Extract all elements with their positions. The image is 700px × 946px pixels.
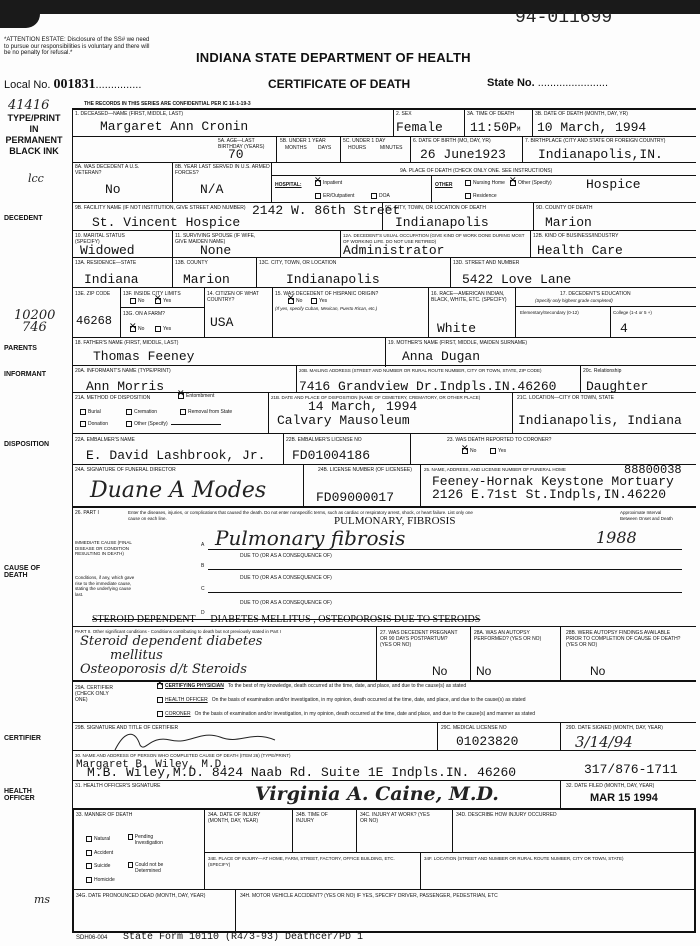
form-code: SDH06-004 [76,935,107,941]
local-no-label: Local No. [4,79,50,91]
divider [437,722,438,750]
coroner-no[interactable]: No [462,448,476,454]
row-rule [72,626,696,627]
disposition-date: 14 March, 1994 [308,400,417,414]
line-c [208,592,600,593]
entombment-option[interactable]: Entombment [178,393,214,399]
er-outpatient-label: ER/Outpatient [323,193,354,199]
divider [268,392,269,433]
education-note: (Specify only highest grade completed) [535,298,613,304]
divider [560,780,561,808]
type-print-text: TYPE/PRINT [2,113,66,124]
divider [532,110,533,136]
street-label: 13d. STREET AND NUMBER [453,260,519,266]
marital-status: Widowed [80,244,135,258]
divider [303,464,304,506]
divider [420,852,421,889]
autopsy-value: No [476,664,491,678]
embalmer-label: 22a. EMBALMER'S NAME [75,437,135,443]
form-name: State Form 10110 (R4/3-93) Deathcer/PD 1 [123,932,363,943]
checkbox-coroner-yes[interactable] [490,448,496,454]
zip-label: 13e. ZIP CODE [75,291,110,297]
homicide-label: Homicide [94,877,115,883]
pregnant-label: 27. WAS DECEDENT PREGNANT OR 90 DAYS POS… [380,630,460,648]
completer-phone: 317/876-1711 [584,763,678,777]
row-rule [515,306,696,307]
facility-label: 9b. FACILITY NAME (If not institution, g… [75,205,246,211]
row-rule [72,136,696,137]
checkbox-undetermined[interactable] [128,862,133,868]
certifier-label: 29a. CERTIFIER (Check only one) [75,685,115,703]
health-officer-sig-label: 31. HEALTH OFFICER'S SIGNATURE [75,783,161,789]
farm-label: 13g. ON A FARM? [123,311,165,317]
decedent-name: Margaret Ann Cronin [100,120,248,134]
other-label: OTHER [435,182,453,188]
place-other-value: Hospice [586,178,641,192]
divider [340,230,341,257]
checkbox-pending[interactable] [128,834,133,840]
divider [172,257,173,287]
hispanic-note: (If yes, specify Cuban, Mexican, Puerto … [275,306,425,312]
inpatient-label: Inpatient [323,180,342,186]
date-of-birth: 26 June1923 [420,148,506,162]
checkbox-other[interactable] [510,180,516,186]
row-rule [271,175,696,176]
divider [296,365,297,392]
due-to-c: DUE TO (OR AS A CONSEQUENCE OF) [240,600,332,606]
other-specify-label: Other (Specify) [518,180,552,186]
divider [410,433,411,464]
divider [560,626,561,680]
under-year-label: 5b. UNDER 1 YEAR [280,138,326,144]
year-served-value: N/A [200,183,223,197]
occupation-value: Administrator [343,244,444,258]
interval-label: Approximate Interval Between Onset and D… [620,510,680,521]
row-rule [72,337,696,338]
checkbox-hispanic-no[interactable] [288,298,294,304]
coroner-text: On the basis of examination and/or inves… [195,711,536,717]
undetermined-label: Could not be Determined [135,862,176,874]
embalmer-license: FD01004186 [292,449,370,463]
section-decedent: DECEDENT [4,215,43,222]
local-no-value: 001831 [54,77,96,92]
citizen-value: USA [210,316,233,330]
row-rule [72,162,696,163]
farm-yes[interactable]: Yes [155,326,171,332]
doa-label: DOA [379,193,390,199]
manner-accident[interactable]: Accident [86,850,113,856]
accident-label: Accident [94,850,113,856]
yes-label: Yes [319,298,327,304]
under-day-label: 5c. UNDER 1 DAY [343,138,385,144]
yes-label: Yes [498,448,506,454]
nursing-home-label: Nursing Home [473,180,505,186]
death-city: Indianapolis [395,216,489,230]
checkbox-suicide[interactable] [86,863,92,869]
checkbox-entombment[interactable] [178,393,184,399]
checkbox-er-outpatient[interactable] [315,193,321,199]
divider [292,808,293,852]
row-rule [120,307,204,308]
manner-undetermined[interactable]: Could not be Determined [128,862,176,874]
divider [204,287,205,337]
checkbox-cremation[interactable] [126,409,132,415]
manner-homicide[interactable]: Homicide [86,877,115,883]
checkbox-farm-yes[interactable] [155,326,161,332]
months-label: Months [285,145,307,151]
other-disposition-option[interactable]: Other (Specify) [126,421,221,427]
checkbox-coroner[interactable] [157,711,163,717]
donation-option[interactable]: Donation [80,421,108,427]
sex-value: Female [396,121,443,135]
health-officer-text: On the basis of examination and/or inves… [212,697,526,703]
interval-line-b [592,569,682,570]
pending-label: Pending Investigation [135,834,168,846]
checkbox-doa[interactable] [371,193,377,199]
checkbox-other-disposition[interactable] [126,421,132,427]
checkbox-city-limits-yes[interactable] [155,298,161,304]
age-label: 5a. AGE—Last Birthday (Years) [218,138,276,150]
dob-label: 6. DATE OF BIRTH (Mo, Day, Yr) [413,138,491,144]
coroner-option[interactable]: CORONEROn the basis of examination and/o… [157,711,535,717]
checkbox-accident[interactable] [86,850,92,856]
disposition-location: Indianapolis, Indiana [518,414,682,428]
farm-no[interactable]: No [130,326,144,332]
black-ink-text: BLACK INK [2,146,66,157]
fd-license: FD09000017 [316,491,394,505]
residence-label: Residence [473,193,497,199]
row-rule [72,287,696,288]
divider [272,287,273,337]
other-blank [171,424,221,425]
row-rule [204,852,696,853]
business-label: 12b. KIND OF BUSINESS/INDUSTRY [533,233,618,239]
section-cause-of-death: CAUSE OF DEATH [4,565,44,579]
no-label: No [470,448,476,454]
ink-instructions: TYPE/PRINT IN PERMANENT BLACK INK [2,113,66,157]
spouse-value: None [200,244,231,258]
interval-line-c [592,592,682,593]
row-rule [72,780,696,781]
res-city-label: 13c. CITY, TOWN, OR LOCATION [259,260,336,266]
divider [204,808,205,889]
time-text: 11:50P [470,120,517,135]
divider [464,110,465,136]
injury-time-label: 34b. TIME OF INJURY [296,812,336,824]
year-served-label: 8b. YEAR LAST SERVED IN U.S. ARMED FORCE… [175,164,275,176]
manner-label: 33. MANNER OF DEATH [76,812,132,818]
divider [410,136,411,162]
manner-natural[interactable]: Natural [86,836,110,842]
line-b-letter: b [201,563,204,569]
days-label: Days [318,145,331,151]
local-no: Local No. 001831............... [4,77,141,93]
disposition-location-label: 21c. LOCATION—City or Town, State [517,395,614,401]
veteran-value: No [105,183,121,197]
medical-license: 01023820 [456,735,518,749]
handwritten-cause-a: Pulmonary fibrosis [215,526,405,550]
funeral-home-label: 25. NAME, ADDRESS, AND LICENSE NUMBER OF… [424,467,566,473]
code-2: 746 [14,322,55,334]
minutes-label: Minutes [380,145,403,151]
health-officer-option[interactable]: HEALTH OFFICEROn the basis of examinatio… [157,697,526,703]
city-limits-no[interactable]: No [130,298,144,304]
divider [470,626,471,680]
divider [533,202,534,230]
permanent-text: PERMANENT [2,135,66,146]
divider [428,287,429,337]
interval-a: 1988 [596,528,637,547]
veteran-label: 8a. WAS DECEDENT A U.S. VETERAN? [75,164,145,176]
immediate-cause-label: IMMEDIATE CAUSE (Final disease or condit… [75,540,135,557]
divider [560,722,561,750]
hispanic-yes[interactable]: Yes [311,298,327,304]
race-value: White [437,322,476,336]
state-no-label: State No. [487,77,535,89]
funeral-home-address: 2126 E.71st St.Indpls,IN.46220 [432,488,666,502]
hours-label: Hours [348,145,366,151]
state-no-dots: ....................... [538,77,608,89]
divider [452,808,453,852]
facility-address: 2142 W. 86th Street [252,204,400,218]
section-rule [72,506,696,508]
embalmer-name: E. David Lashbrook, Jr. [86,449,265,463]
injury-date-label: 34a. DATE OF INJURY (Month, Day, Year) [208,812,268,824]
row-rule [72,230,696,231]
race-label: 16. RACE—American Indian, Black, White, … [431,291,511,303]
checkbox-certifying-physician[interactable] [157,683,163,689]
elementary-label: Elementary/Secondary (0-12) [520,310,579,316]
zip-value: 46268 [76,314,112,328]
sex-label: 2. SEX [396,111,412,117]
divider [522,136,523,162]
mother-name: Anna Dugan [402,350,480,364]
checkbox-nursing-home[interactable] [465,180,471,186]
row-rule [72,750,696,751]
informant-name-label: 20a. INFORMANT'S NAME (Type/Print) [75,368,171,374]
natural-label: Natural [94,836,110,842]
row-rule [72,433,696,434]
fd-license-label: 24b. LICENSE NUMBER (of Licensee) [318,467,412,473]
stamp-number: 94-011699 [515,8,612,28]
college-label: College (1-4 or 5 +) [613,310,652,316]
handwritten-number: 41416 [8,98,49,113]
removal-option[interactable]: Removal from State [180,409,232,415]
manner-suicide[interactable]: Suicide [86,863,110,869]
time-suffix: M [517,126,521,133]
disposition-place: Calvary Mausoleum [277,414,410,428]
state-no: State No. ....................... [487,77,608,89]
death-county: Marion [545,216,592,230]
divider [276,136,277,162]
attention-note: *ATTENTION ESTATE: Disclosure of the SS#… [4,37,154,57]
local-no-dots: ............... [96,79,142,91]
other-specify-option[interactable]: Other (Specify) [510,180,552,186]
divider [356,808,357,852]
checkbox-city-limits-no[interactable] [130,298,136,304]
divider [376,626,377,680]
part2-line-2: mellitus [80,649,262,663]
conditions-label: Conditions, if any, which gave rise to t… [75,575,135,597]
manner-pending[interactable]: Pending Investigation [128,834,168,846]
cremation-label: Cremation [134,409,157,415]
checkbox-burial[interactable] [80,409,86,415]
part1-label: 26. PART I [75,510,99,516]
section-health-officer: HEALTH OFFICER [4,788,44,802]
dept-title: INDIANA STATE DEPARTMENT OF HEALTH [196,50,471,65]
typed-part2: STEROID DEPENDENT DIABETES MELLITUS , OS… [92,614,480,625]
divider [172,230,173,257]
date-of-death: 10 March, 1994 [537,121,646,135]
vehicle-label: 34h. MOTOR VEHICLE ACCIDENT? (Yes or no)… [240,893,498,899]
burial-label: Burial [88,409,101,415]
row-rule [72,464,696,465]
section-rule [72,680,696,682]
initials-handwritten: lcc [28,172,44,185]
checkbox-donation[interactable] [80,421,86,427]
suicide-label: Suicide [94,863,110,869]
citizen-label: 14. CITIZEN OF WHAT COUNTRY? [207,291,272,303]
funeral-director-signature: Duane A Modes [90,478,266,503]
checkbox-farm-no[interactable] [130,326,136,332]
er-outpatient-option[interactable]: ER/Outpatient [315,193,354,199]
residence-city: Indianapolis [286,273,380,287]
line-a [208,549,600,550]
burial-option[interactable]: Burial [80,409,101,415]
handwritten-codes: 10200 746 [14,310,55,334]
divider [120,287,121,337]
findings-label: 28b. WERE AUTOPSY FINDINGS AVAILABLE PRI… [566,630,681,648]
checkbox-health-officer[interactable] [157,697,163,703]
certifying-physician-option[interactable]: CERTIFYING PHYSICIANTo the best of my kn… [157,683,466,689]
time-label: 3a. TIME OF DEATH [467,111,514,117]
divider [431,175,432,202]
divider [271,162,272,202]
no-label: No [138,298,144,304]
autopsy-label: 28a. WAS AN AUTOPSY PERFORMED? (Yes or n… [474,630,544,642]
college-value: 4 [620,322,628,336]
residence-option[interactable]: Residence [465,193,497,199]
divider [256,257,257,287]
pregnant-value: No [432,664,447,678]
birthplace-value: Indianapolis,IN. [538,148,663,162]
cremation-option[interactable]: Cremation [126,409,157,415]
checkbox-residence[interactable] [465,193,471,199]
scan-dark-corner [0,14,40,28]
residence-state: Indiana [84,273,139,287]
initials-bottom: ms [34,893,50,906]
due-to-a: DUE TO (OR AS A CONSEQUENCE OF) [240,553,332,559]
injury-describe-label: 34d. DESCRIBE HOW INJURY OCCURRED [456,812,557,818]
divider [610,306,611,337]
checkbox-coroner-no[interactable] [462,448,468,454]
part2-line-1: Steroid dependent diabetes [80,635,262,649]
completer-label: 30. NAME AND ADDRESS OF PERSON WHO COMPL… [75,753,290,759]
divider [382,202,383,230]
father-label: 18. FATHER'S NAME (First, Middle, Last) [75,340,178,346]
yes-label: Yes [163,326,171,332]
divider [283,433,284,464]
date-filed-label: 32. DATE FILED (Month, Day, Year) [566,783,654,789]
medical-license-label: 29c. MEDICAL LICENSE NO [441,725,507,731]
date-filed-stamp: MAR 15 1994 [590,792,658,804]
donation-label: Donation [88,421,108,427]
part2-handwritten: Steroid dependent diabetes mellitus Oste… [80,635,262,677]
birthplace-label: 7. BIRTHPLACE (City and State or Foreign… [525,138,665,144]
divider [420,464,421,506]
divider [512,392,513,433]
death-city-label: 9c. CITY, TOWN, OR LOCATION OF DEATH [385,205,486,211]
divider [393,110,394,136]
city-limits-label: 13f. INSIDE CITY LIMITS [123,291,181,297]
hispanic-no[interactable]: No [288,298,302,304]
funeral-director-sig-label: 24a. SIGNATURE OF FUNERAL DIRECTOR [75,467,176,473]
death-county-label: 9d. COUNTY OF DEATH [536,205,593,211]
checkbox-removal[interactable] [180,409,186,415]
residence-county: Marion [183,273,230,287]
confidential-note: THE RECORDS IN THIS SERIES ARE CONFIDENT… [84,101,251,107]
checkbox-homicide[interactable] [86,877,92,883]
city-limits-yes[interactable]: Yes [155,298,171,304]
coroner-cert-label: CORONER [165,711,191,717]
divider [580,365,581,392]
row-rule [72,365,696,366]
father-name: Thomas Feeney [93,350,194,364]
top-rule [72,108,696,110]
divider [385,337,386,367]
divider [235,889,236,933]
section-informant: INFORMANT [4,371,46,378]
row-rule [72,889,696,890]
place-of-death-label: 9a. PLACE OF DEATH (Check only one. See … [400,168,552,174]
row-rule [72,257,696,258]
findings-value: No [590,664,605,678]
checkbox-inpatient[interactable] [315,180,321,186]
health-officer-signature: Virginia A. Caine, M.D. [255,783,499,805]
divider [450,257,451,287]
section-certifier: CERTIFIER [4,735,41,742]
divider [530,230,531,257]
time-value: 11:50PM [470,121,520,137]
other-disposition-label: Other (Specify) [134,421,168,427]
due-to-b: DUE TO (OR AS A CONSEQUENCE OF) [240,575,332,581]
coroner-yes[interactable]: Yes [490,448,506,454]
row-rule [72,722,696,723]
divider [515,287,516,337]
section-parents: PARENTS [4,345,37,352]
health-officer-label: HEALTH OFFICER [165,697,208,703]
certifying-physician-label: CERTIFYING PHYSICIAN [165,683,224,689]
checkbox-natural[interactable] [86,836,92,842]
cert-title: CERTIFICATE OF DEATH [268,77,410,91]
education-label: 17. DECEDENT'S EDUCATION [560,291,631,297]
doa-option[interactable]: DOA [371,193,390,199]
interval-line-a [592,549,682,550]
facility-name: St. Vincent Hospice [92,216,240,230]
business-value: Health Care [537,244,623,258]
line-b [208,569,600,570]
inpatient-option[interactable]: Inpatient [315,180,342,186]
date-label: 3b. DATE OF DEATH (Month, Day, Yr) [535,111,628,117]
no-label: No [296,298,302,304]
nursing-home-option[interactable]: Nursing Home [465,180,505,186]
checkbox-hispanic-yes[interactable] [311,298,317,304]
removal-label: Removal from State [188,409,232,415]
injury-work-label: 34c. INJURY AT WORK? (Yes or no) [360,812,430,824]
injury-location-label: 34f. LOCATION (Street and Number or Rura… [424,856,624,862]
completer-address: M.B. Wiley,M.D. 8424 Naab Rd. Suite 1E I… [87,766,516,780]
residence-street: 5422 Love Lane [462,273,571,287]
